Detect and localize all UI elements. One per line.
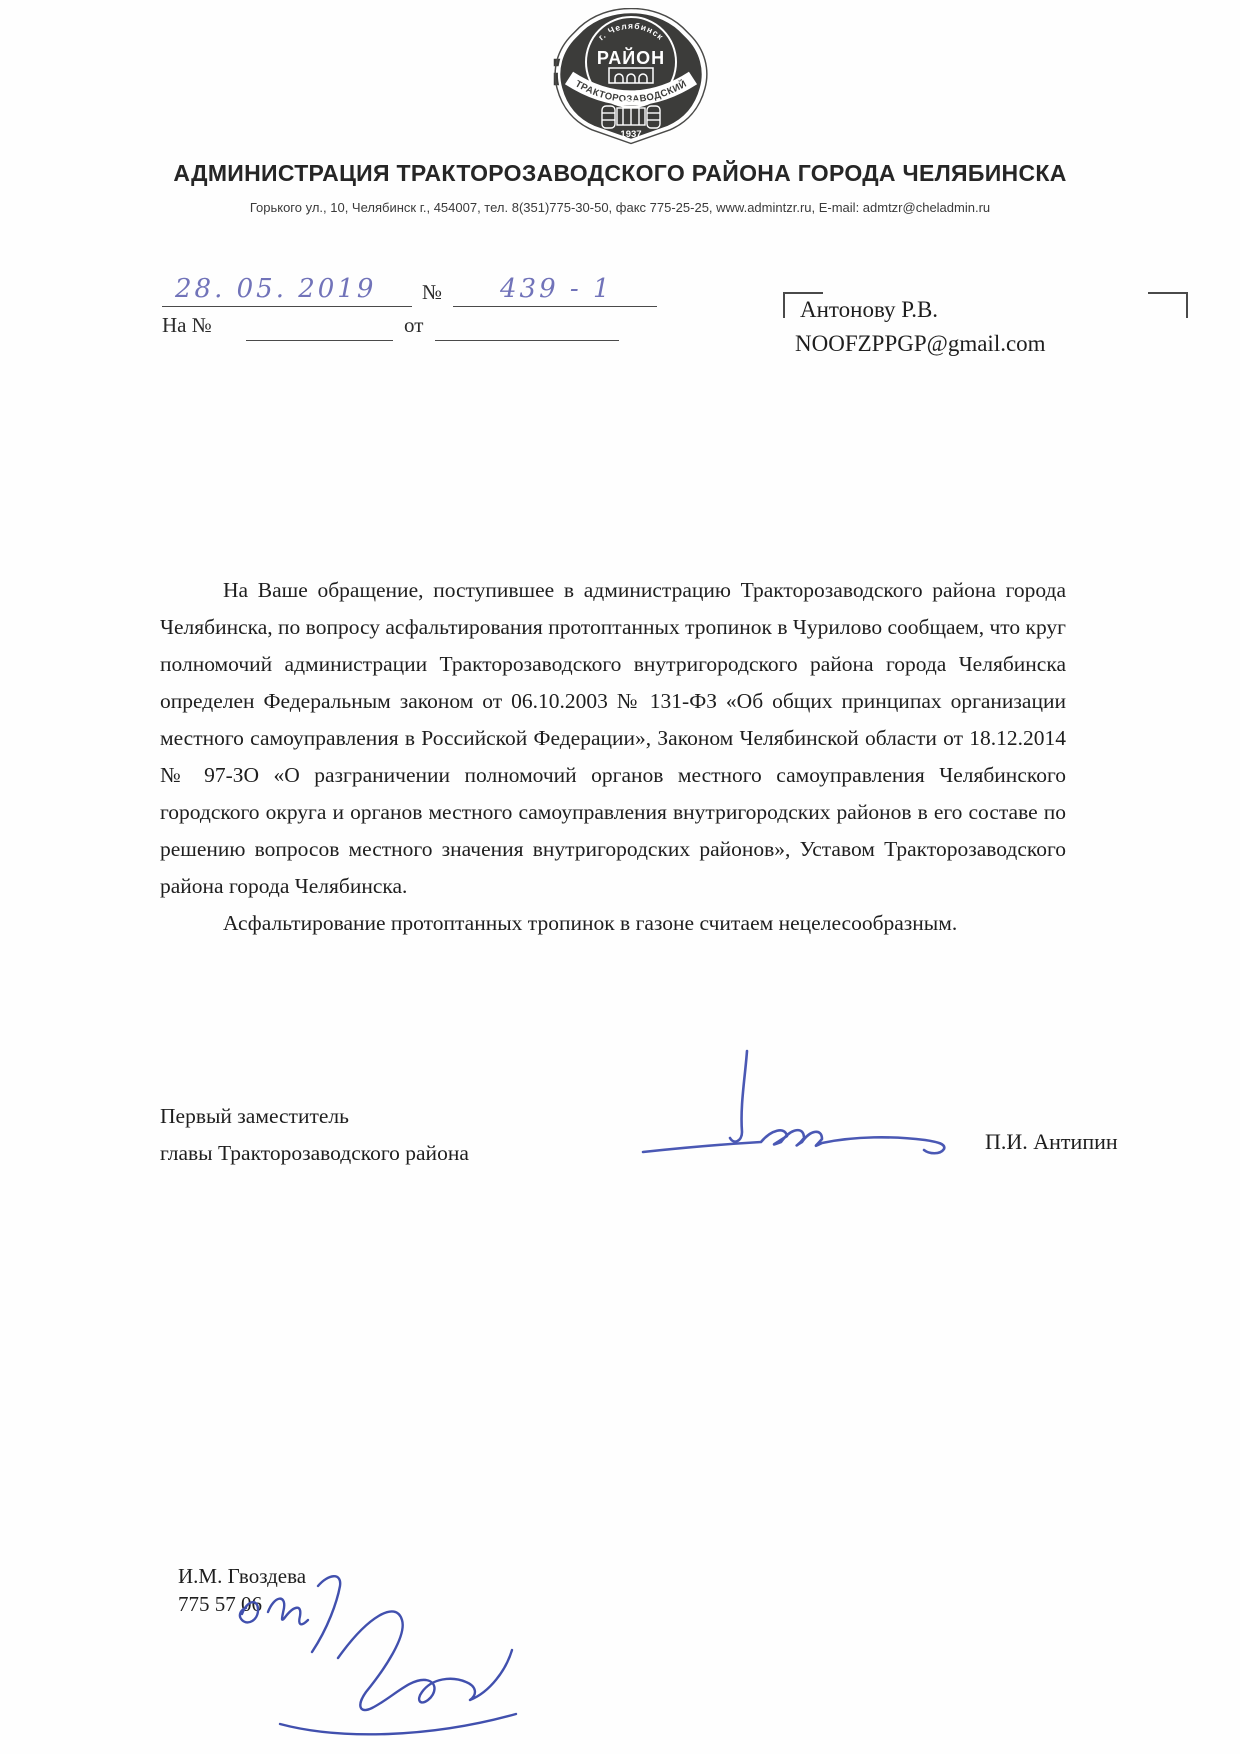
signer-position-line2: главы Тракторозаводского района bbox=[160, 1135, 469, 1172]
organization-title: АДМИНИСТРАЦИЯ ТРАКТОРОЗАВОДСКОГО РАЙОНА … bbox=[0, 160, 1240, 187]
signer-position-line1: Первый заместитель bbox=[160, 1098, 469, 1135]
number-underline bbox=[453, 306, 657, 307]
handwritten-date: 28. 05. 2019 bbox=[175, 274, 376, 304]
signature-gvozdeva-stroke bbox=[240, 1576, 516, 1734]
reply-date-underline bbox=[435, 340, 619, 341]
handwritten-number: 439 - 1 bbox=[500, 274, 612, 304]
body-paragraph-2: Асфальтирование протоптанных тропинок в … bbox=[160, 905, 1066, 942]
signature-gvozdeva bbox=[220, 1566, 550, 1751]
recipient-name: Антонову Р.В. bbox=[800, 297, 938, 323]
organization-address: Горького ул., 10, Челябинск г., 454007, … bbox=[0, 200, 1240, 215]
signature-antipin bbox=[575, 1048, 995, 1173]
emblem-year-text: 1937 bbox=[620, 129, 641, 140]
district-emblem: г. Челябинск РАЙОН ТРАКТОРОЗАВОДСКИЙ bbox=[545, 8, 717, 146]
number-label: № bbox=[422, 280, 442, 305]
reply-from-label: от bbox=[404, 313, 423, 338]
recipient-corner-mark-right bbox=[1148, 292, 1188, 318]
body-paragraph-1: На Ваше обращение, поступившее в админис… bbox=[160, 572, 1066, 905]
signer-name: П.И. Антипин bbox=[985, 1129, 1118, 1155]
recipient-email: NOOFZPPGP@gmail.com bbox=[795, 331, 1046, 357]
letter-body: На Ваше обращение, поступившее в админис… bbox=[160, 572, 1066, 942]
date-underline bbox=[162, 306, 412, 307]
letter-page: г. Челябинск РАЙОН ТРАКТОРОЗАВОДСКИЙ bbox=[0, 0, 1240, 1754]
signature-antipin-stroke bbox=[643, 1051, 944, 1153]
reply-to-label: На № bbox=[162, 313, 212, 338]
reply-number-underline bbox=[246, 340, 393, 341]
district-emblem-image: г. Челябинск РАЙОН ТРАКТОРОЗАВОДСКИЙ bbox=[545, 8, 717, 146]
signer-position: Первый заместитель главы Тракторозаводск… bbox=[160, 1098, 469, 1172]
emblem-district-text: РАЙОН bbox=[597, 47, 665, 68]
